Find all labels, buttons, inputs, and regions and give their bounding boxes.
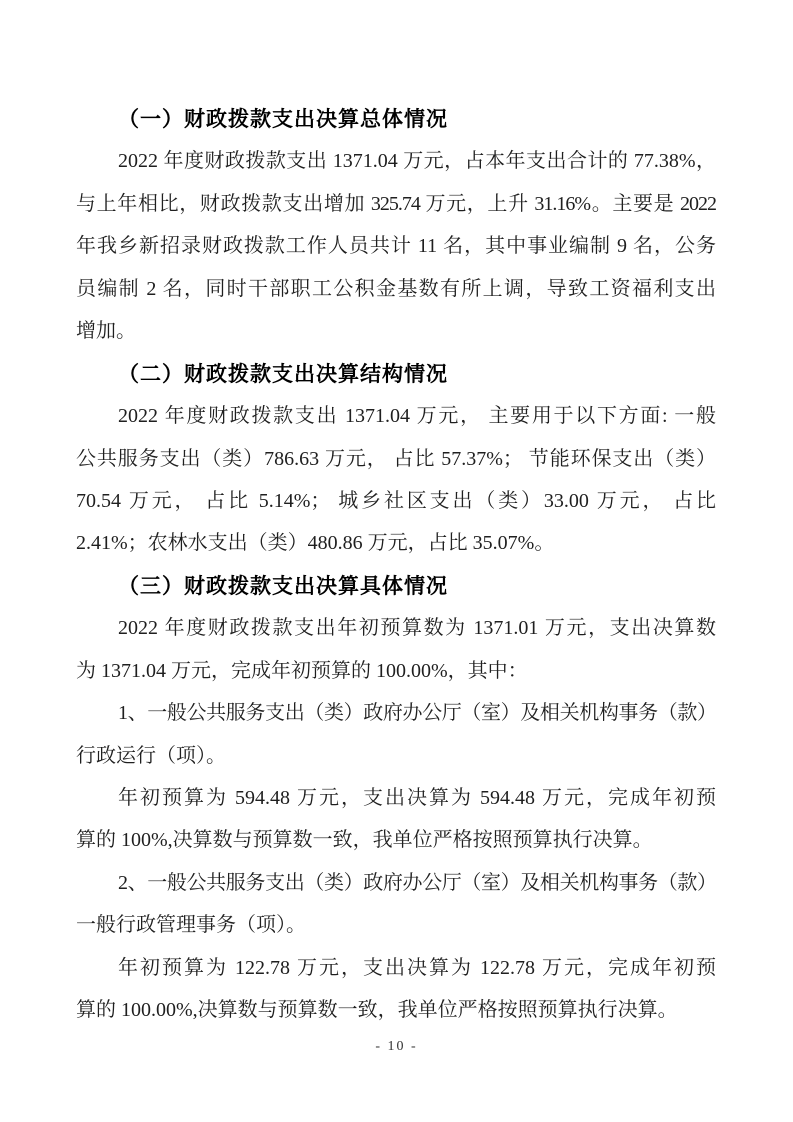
document-body: （一）财政拨款支出决算总体情况 2022 年度财政拨款支出 1371.04 万元… (76, 98, 716, 1032)
section-heading-1: （一）财政拨款支出决算总体情况 (76, 98, 716, 140)
paragraph-line: 2、一般公共服务支出（类）政府办公厅（室）及相关机构事务（款） (76, 862, 716, 904)
paragraph-line: 行政运行（项）。 (76, 735, 716, 777)
paragraph-line: 1、一般公共服务支出（类）政府办公厅（室）及相关机构事务（款） (76, 692, 716, 734)
paragraph-line: 为 1371.04 万元，完成年初预算的 100.00%，其中： (76, 650, 716, 692)
paragraph-line: 2.41%；农林水支出（类）480.86 万元，占比 35.07%。 (76, 522, 716, 564)
paragraph-line: 一般行政管理事务（项）。 (76, 904, 716, 946)
paragraph-line: 2022 年度财政拨款支出年初预算数为 1371.01 万元，支出决算数 (76, 607, 716, 649)
paragraph-line: 年初预算为 122.78 万元，支出决算为 122.78 万元，完成年初预 (76, 947, 716, 989)
section-heading-3: （三）财政拨款支出决算具体情况 (76, 565, 716, 607)
section-heading-2: （二）财政拨款支出决算结构情况 (76, 353, 716, 395)
paragraph-line: 算的 100.00%,决算数与预算数一致，我单位严格按照预算执行决算。 (76, 989, 716, 1031)
paragraph-line: 公共服务支出（类）786.63 万元， 占比 57.37%； 节能环保支出（类） (76, 438, 716, 480)
paragraph-line: 2022 年度财政拨款支出 1371.04 万元， 主要用于以下方面: 一般 (76, 395, 716, 437)
paragraph-line: 2022 年度财政拨款支出 1371.04 万元，占本年支出合计的 77.38%… (76, 140, 716, 182)
paragraph-line: 算的 100%,决算数与预算数一致，我单位严格按照预算执行决算。 (76, 819, 716, 861)
paragraph-line: 增加。 (76, 310, 716, 352)
paragraph-line: 年初预算为 594.48 万元，支出决算为 594.48 万元，完成年初预 (76, 777, 716, 819)
document-page: （一）财政拨款支出决算总体情况 2022 年度财政拨款支出 1371.04 万元… (0, 0, 793, 1122)
paragraph-line: 与上年相比，财政拨款支出增加 325.74 万元，上升 31.16%。主要是 2… (76, 183, 716, 225)
paragraph-line: 员编制 2 名，同时干部职工公积金基数有所上调，导致工资福利支出 (76, 268, 716, 310)
paragraph-line: 70.54 万元， 占比 5.14%； 城乡社区支出（类）33.00 万元， 占… (76, 480, 716, 522)
page-number: - 10 - (0, 1034, 793, 1060)
paragraph-line: 年我乡新招录财政拨款工作人员共计 11 名，其中事业编制 9 名，公务 (76, 225, 716, 267)
